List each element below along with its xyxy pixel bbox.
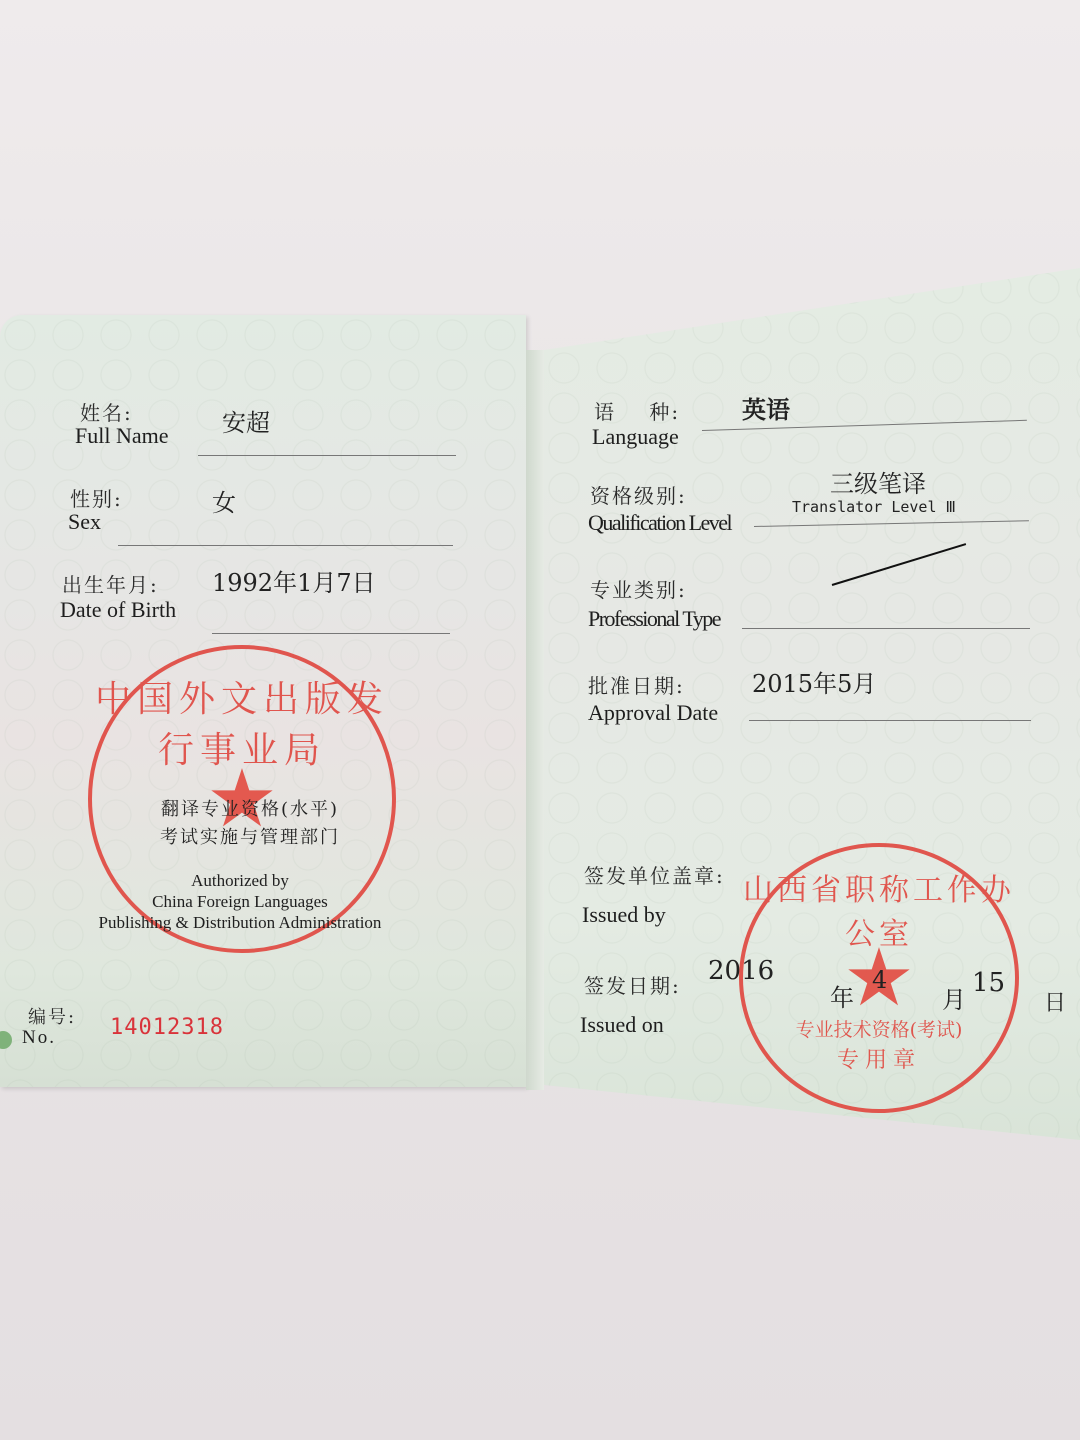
professional-type-line xyxy=(742,628,1030,629)
issued-on-label-cn: 签发日期: xyxy=(584,970,681,999)
approval-date-line xyxy=(749,720,1031,721)
seal-center-line-1: 翻译专业资格(水平) xyxy=(120,795,380,821)
seal-center-line-2: 考试实施与管理部门 xyxy=(120,823,380,849)
professional-type-label-cn: 专业类别: xyxy=(590,574,687,603)
approval-date-label-cn: 批准日期: xyxy=(588,670,685,699)
authorized-by-text: Authorized by China Foreign Languages Pu… xyxy=(60,870,420,933)
language-label-cn: 语 种: xyxy=(594,396,680,425)
issued-year-unit: 年 xyxy=(830,978,854,1013)
serial-number: 14012318 xyxy=(110,1015,224,1040)
issued-on-label-en: Issued on xyxy=(580,1012,664,1038)
issued-year: 2016 xyxy=(708,956,774,986)
sex-label-cn: 性别: xyxy=(70,483,123,512)
sex-value: 女 xyxy=(212,483,236,518)
booklet-spine xyxy=(526,350,544,1090)
issued-month-unit: 月 xyxy=(942,980,966,1015)
qualification-label-cn: 资格级别: xyxy=(590,480,687,509)
approval-date-label-en: Approval Date xyxy=(588,700,718,726)
qualification-value-cn: 三级笔译 xyxy=(830,464,926,499)
sex-label-en: Sex xyxy=(68,509,101,535)
issued-day: 15 xyxy=(972,968,1005,998)
professional-type-label-en: Professional Type xyxy=(588,606,720,632)
certificate-left-page: 姓名: Full Name 安超 性别: Sex 女 出生年月: Date of… xyxy=(0,315,526,1087)
language-label-en: Language xyxy=(592,424,679,450)
dob-value: 1992年1月7日 xyxy=(212,563,376,598)
issuer-seal-bottom-2: 专用章 xyxy=(743,1043,1015,1074)
sex-line xyxy=(118,545,453,546)
number-label-cn: 编号: xyxy=(28,1003,76,1029)
number-label-en: No. xyxy=(22,1027,56,1049)
full-name-label-cn: 姓名: xyxy=(80,397,133,426)
full-name-line xyxy=(198,455,456,456)
org-line-2: Publishing & Distribution Administration xyxy=(60,912,420,933)
full-name-label-en: Full Name xyxy=(75,423,169,449)
dob-line xyxy=(212,633,450,634)
certificate-right-page: 语 种: Language 英语 资格级别: Qualification Lev… xyxy=(544,268,1080,1140)
language-value: 英语 xyxy=(742,390,790,425)
authorized-by-label: Authorized by xyxy=(60,870,420,891)
issued-by-label-cn: 签发单位盖章: xyxy=(584,860,725,889)
approval-date-value: 2015年5月 xyxy=(752,664,876,699)
full-name-value: 安超 xyxy=(222,403,270,438)
qualification-label-en: Qualification Level xyxy=(588,510,731,536)
issued-day-unit: 日 xyxy=(1044,986,1066,1017)
dob-label-cn: 出生年月: xyxy=(62,569,159,598)
org-line-1: China Foreign Languages xyxy=(60,891,420,912)
qualification-value-en: Translator Level Ⅲ xyxy=(792,498,956,516)
issuer-seal-bottom-1: 专业技术资格(考试) xyxy=(743,1015,1015,1042)
issued-month: 4 xyxy=(872,966,887,994)
dob-label-en: Date of Birth xyxy=(60,597,176,623)
issued-by-label-en: Issued by xyxy=(582,902,666,928)
